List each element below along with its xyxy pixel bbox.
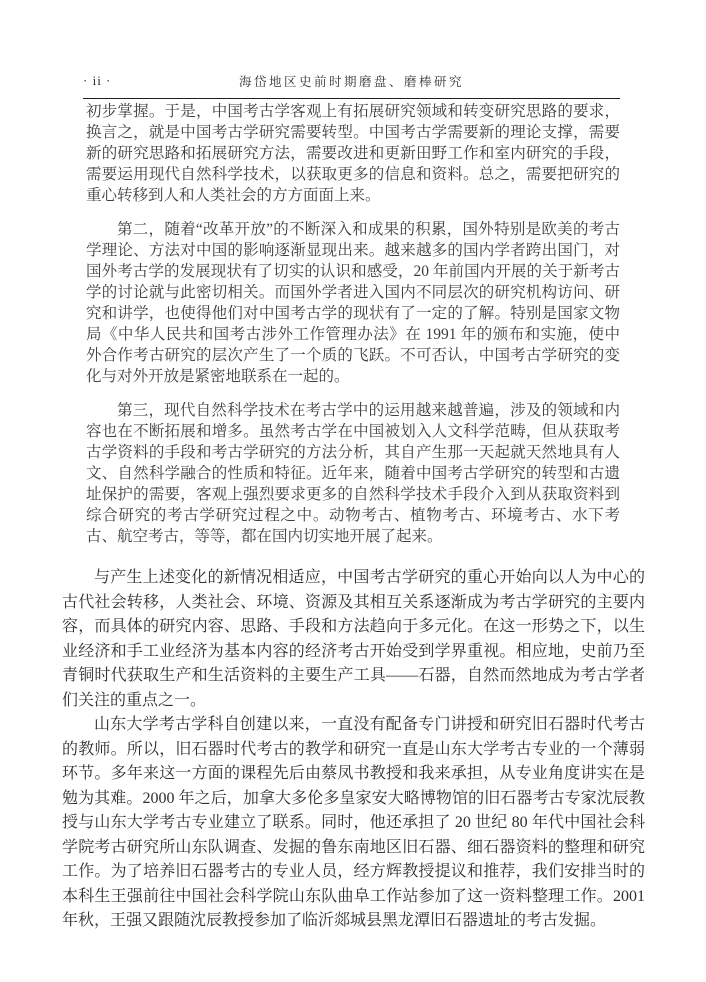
quote-paragraph-continuation: 初步掌握。于是，中国考古学客观上有拓展研究领域和转变研究思路的要求，换言之，就是…	[86, 101, 620, 206]
main-text-block: 与产生上述变化的新情况相适应，中国考古学研究的重心开始向以人为中心的古代社会转移…	[62, 566, 645, 934]
main-paragraph-research-shift: 与产生上述变化的新情况相适应，中国考古学研究的重心开始向以人为中心的古代社会转移…	[62, 566, 645, 713]
quote-paragraph-third: 第三，现代自然科学技术在考古学中的运用越来越普遍，涉及的领域和内容也在不断拓展和…	[86, 400, 620, 547]
quote-paragraph-second: 第二，随着“改革开放”的不断深入和成果的积累，国外特别是欧美的考古学理论、方法对…	[86, 219, 620, 387]
running-title: 海岱地区史前时期磨盘、磨棒研究	[83, 72, 620, 90]
page-number: · ii ·	[83, 73, 111, 89]
main-paragraph-shandong-university: 山东大学考古学科自创建以来，一直没有配备专门讲授和研究旧石器时代考古的教师。所以…	[62, 713, 645, 934]
quoted-preface-block: 初步掌握。于是，中国考古学客观上有拓展研究领域和转变研究思路的要求，换言之，就是…	[86, 101, 620, 560]
book-page: · ii · 海岱地区史前时期磨盘、磨棒研究 初步掌握。于是，中国考古学客观上有…	[0, 0, 706, 982]
page-header: · ii · 海岱地区史前时期磨盘、磨棒研究	[83, 72, 620, 99]
